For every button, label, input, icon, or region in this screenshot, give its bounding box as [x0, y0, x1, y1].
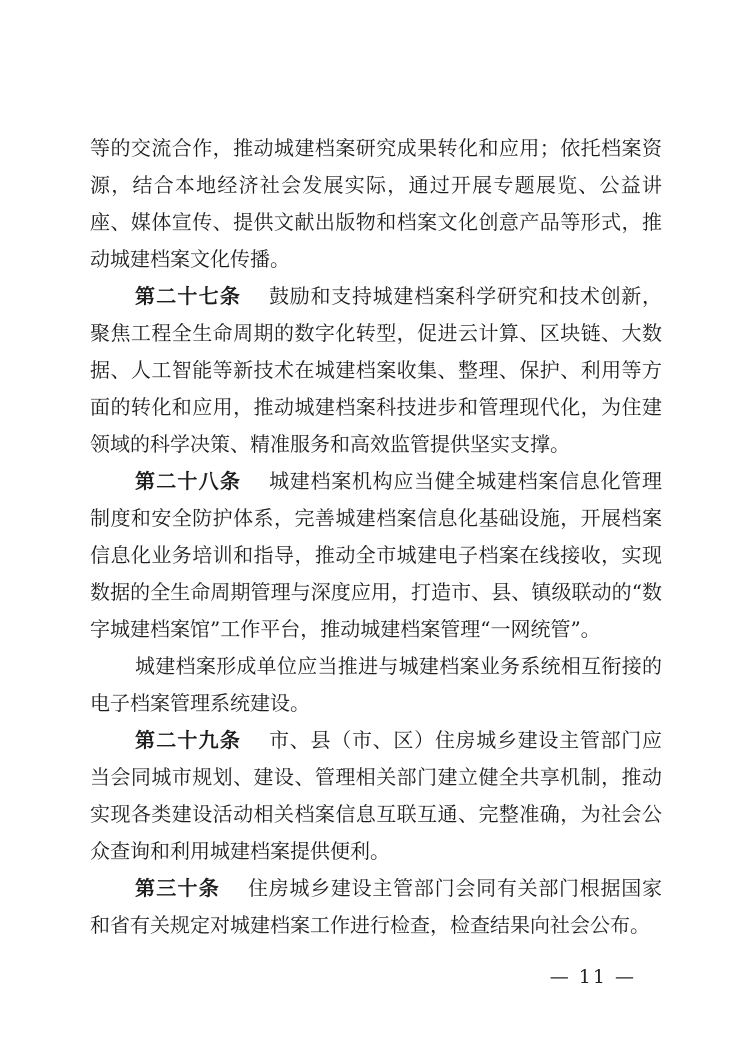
paragraph: 城建档案形成单位应当推进与城建档案业务系统相互衔接的电子档案管理系统建设。 — [90, 648, 662, 722]
paragraph-text: 城建档案机构应当健全城建档案信息化管理制度和安全防护体系，完善城建档案信息化基础… — [90, 469, 662, 641]
paragraph: 等的交流合作，推动城建档案研究成果转化和应用；依托档案资源，结合本地经济社会发展… — [90, 130, 662, 278]
article-number: 第二十七条 — [135, 284, 241, 308]
paragraph: 第三十条住房城乡建设主管部门会同有关部门根据国家和省有关规定对城建档案工作进行检… — [90, 870, 662, 944]
article-number: 第二十八条 — [135, 469, 241, 493]
article-number: 第三十条 — [135, 876, 220, 900]
page-footer: — 11 — — [518, 941, 636, 1013]
paragraph-text: 等的交流合作，推动城建档案研究成果转化和应用；依托档案资源，结合本地经济社会发展… — [90, 136, 662, 271]
paragraph-text: 鼓励和支持城建档案科学研究和技术创新，聚焦工程全生命周期的数字化转型，促进云计算… — [90, 284, 662, 456]
paragraph: 第二十九条市、县（市、区）住房城乡建设主管部门应当会同城市规划、建设、管理相关部… — [90, 722, 662, 870]
paragraph-text: 城建档案形成单位应当推进与城建档案业务系统相互衔接的电子档案管理系统建设。 — [90, 654, 662, 715]
page-number: — 11 — — [550, 966, 636, 988]
article-number: 第二十九条 — [135, 728, 241, 752]
paragraph: 第二十八条城建档案机构应当健全城建档案信息化管理制度和安全防护体系，完善城建档案… — [90, 463, 662, 648]
paragraph: 第二十七条鼓励和支持城建档案科学研究和技术创新，聚焦工程全生命周期的数字化转型，… — [90, 278, 662, 463]
document-page: 等的交流合作，推动城建档案研究成果转化和应用；依托档案资源，结合本地经济社会发展… — [0, 0, 750, 1060]
document-body: 等的交流合作，推动城建档案研究成果转化和应用；依托档案资源，结合本地经济社会发展… — [90, 130, 662, 944]
